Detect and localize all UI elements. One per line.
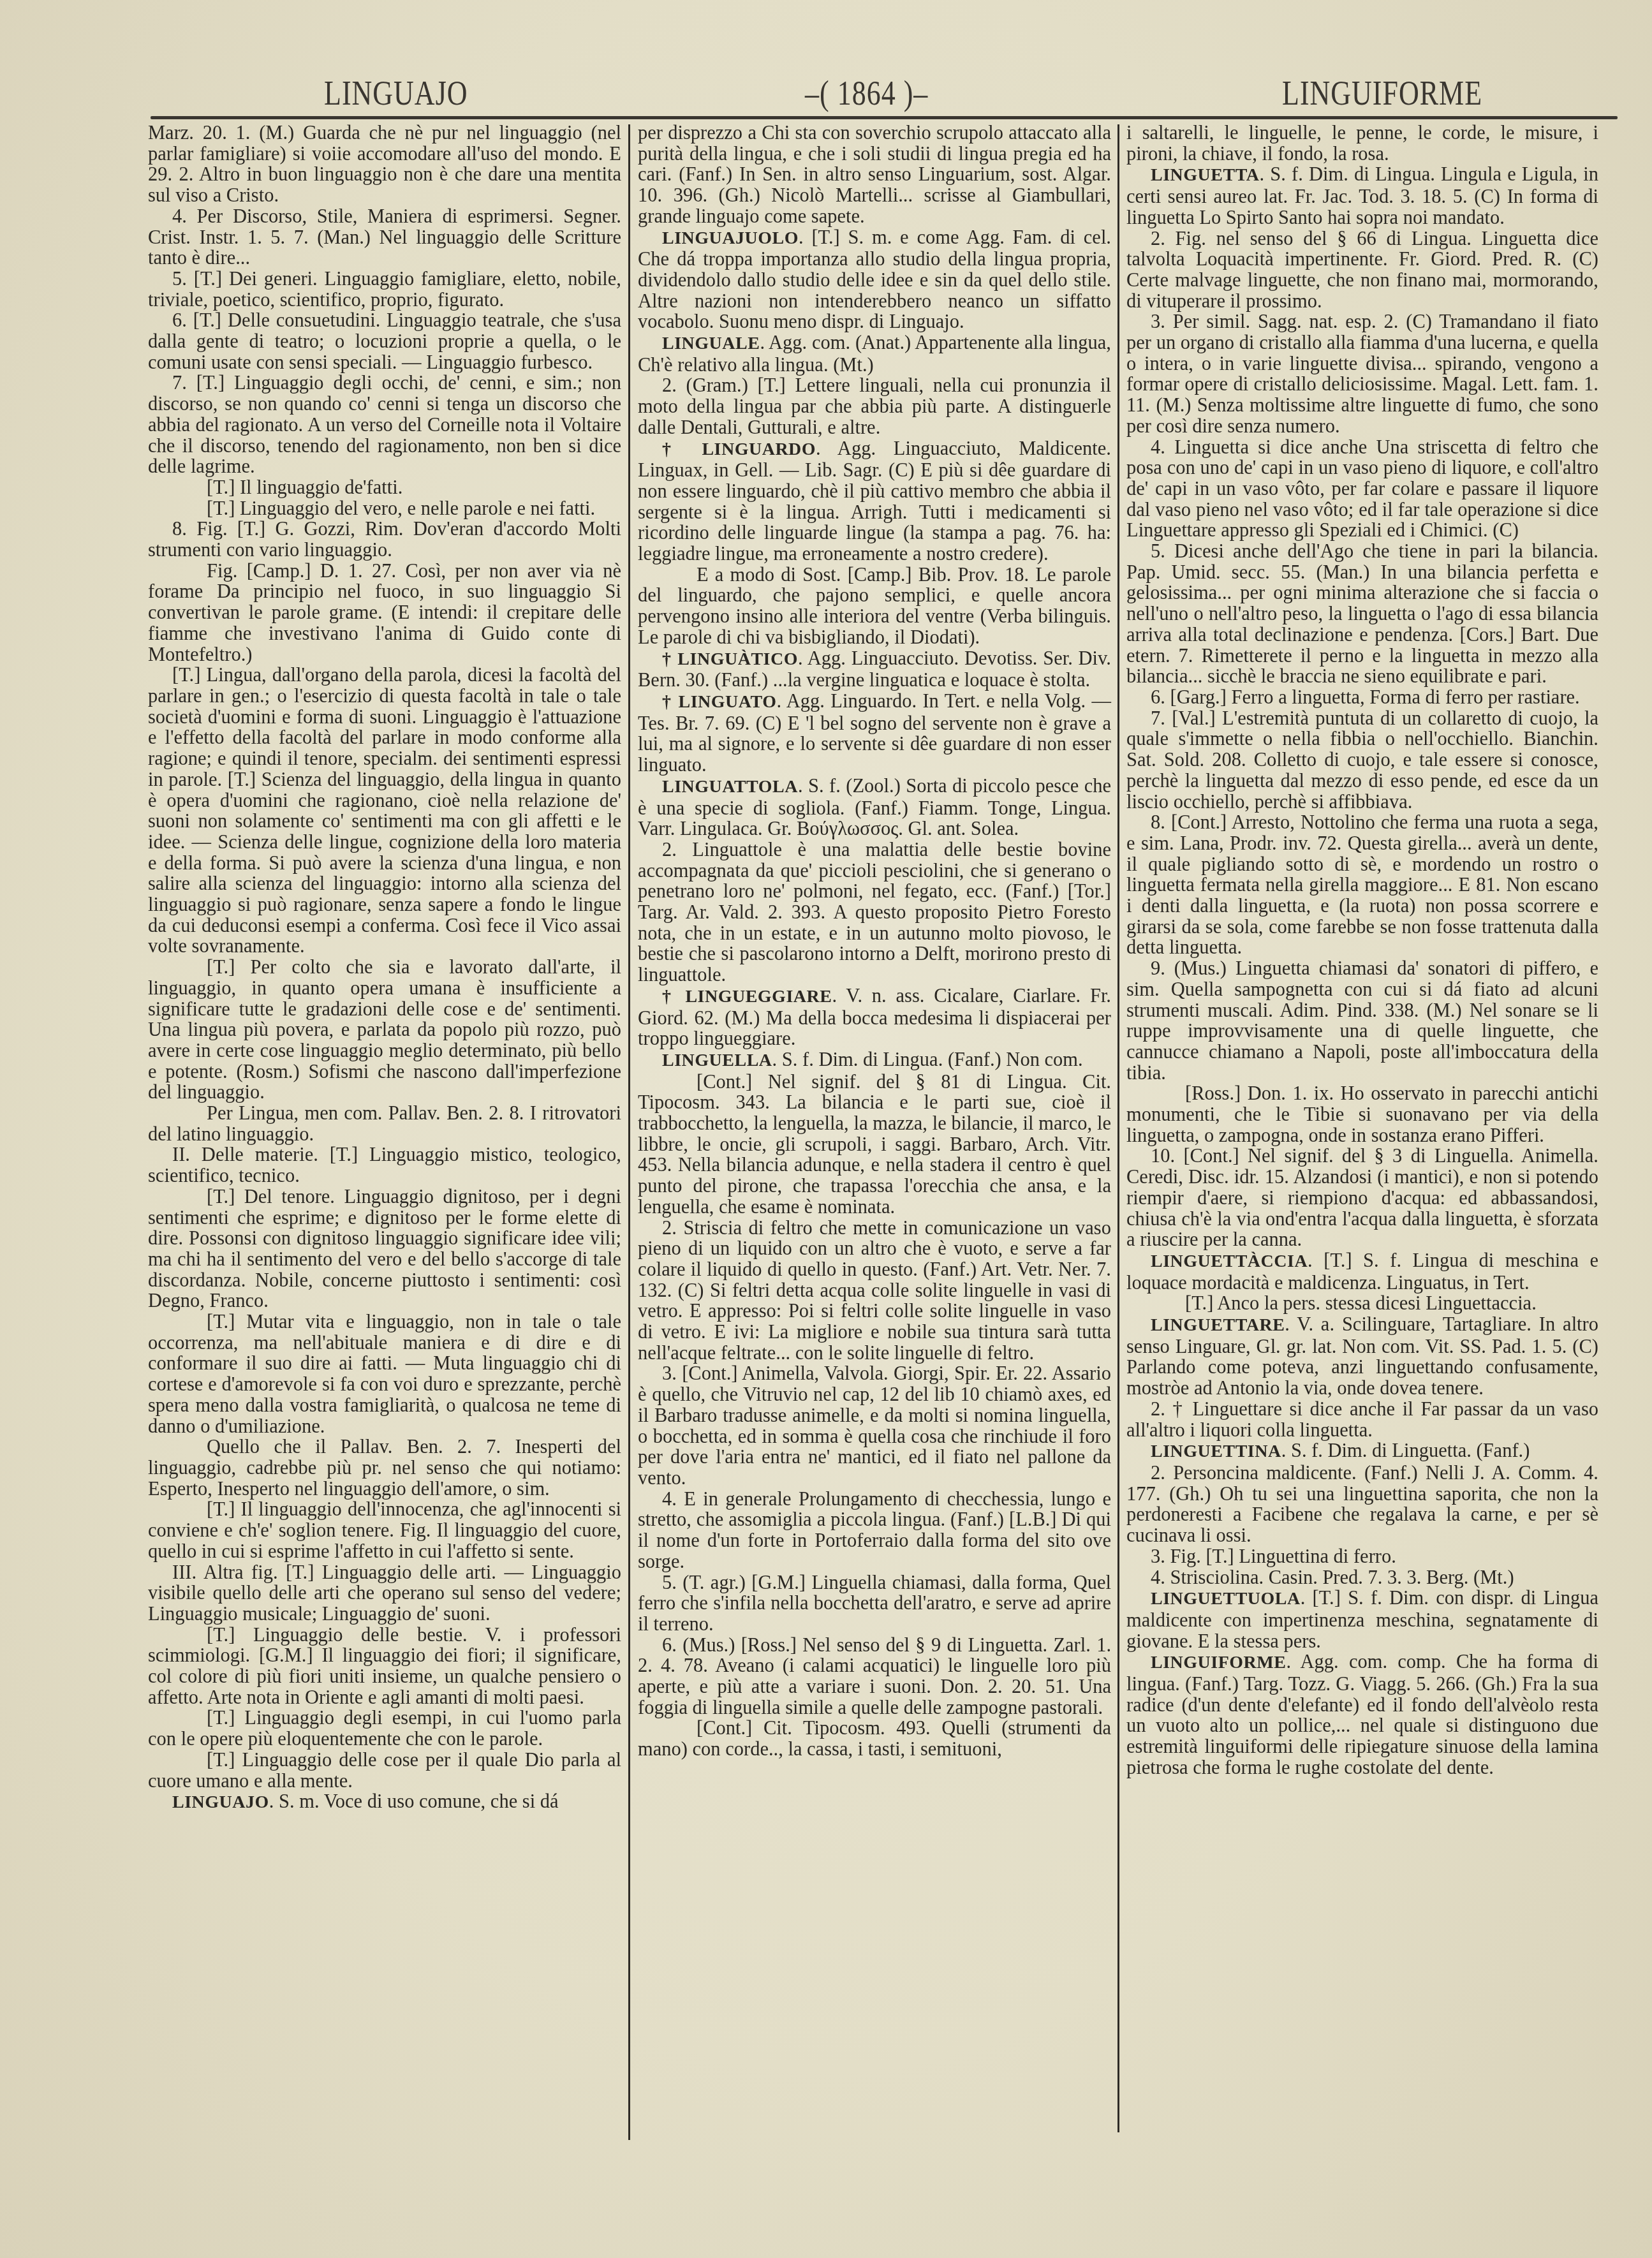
- entry-text: 8. Fig. [T.] G. Gozzi, Rim. Dov'eran d'a…: [148, 518, 621, 561]
- entry-text: 5. [T.] Dei generi. Linguaggio famigliar…: [148, 268, 621, 311]
- entry-headword: LINGUETTÀCCIA: [1151, 1251, 1308, 1271]
- entry-text: II. Delle materie. [T.] Linguaggio misti…: [148, 1144, 621, 1186]
- entry-text: 7. [T.] Linguaggio degli occhi, de' cenn…: [148, 372, 621, 477]
- entry-paragraph: 4. E in generale Prolungamento di checch…: [638, 1489, 1111, 1572]
- entry-text: 2. Personcina maldicente. (Fanf.) Nelli …: [1126, 1462, 1598, 1546]
- entry-paragraph: [T.] Anco la pers. stessa dicesi Linguet…: [1126, 1293, 1598, 1314]
- dictionary-page: LINGUAJO –( 1864 )– LINGUIFORME Marz. 20…: [0, 0, 1652, 2258]
- entry-paragraph: E a modo di Sost. [Camp.] Bib. Prov. 18.…: [638, 564, 1111, 648]
- dictionary-entry: LINGUETTINA. S. f. Dim. di Linguetta. (F…: [1126, 1440, 1598, 1463]
- entry-headword: LINGUATTOLA: [662, 777, 798, 797]
- entry-text: Quello che il Pallav. Ben. 2. 7. Inesper…: [148, 1436, 621, 1499]
- entry-paragraph: 4. Linguetta si dice anche Una striscett…: [1126, 437, 1598, 542]
- dictionary-entry: † LINGUARDO. Agg. Linguacciuto, Maldicen…: [638, 438, 1111, 564]
- entry-text: . S. f. Dim. di Linguetta. (Fanf.): [1281, 1440, 1530, 1461]
- dictionary-entry: † LINGUATO. Agg. Linguardo. In Tert. e n…: [638, 691, 1111, 776]
- entry-paragraph: 10. [Cont.] Nel signif. del § 3 di Lingu…: [1126, 1146, 1598, 1250]
- entry-text: 3. Fig. [T.] Linguettina di ferro.: [1151, 1546, 1396, 1567]
- entry-text: 6. [T.] Delle consuetudini. Linguaggio t…: [148, 309, 621, 373]
- entry-paragraph: Quello che il Pallav. Ben. 2. 7. Inesper…: [148, 1436, 621, 1499]
- entry-paragraph: Fig. [Camp.] D. 1. 27. Così, per non ave…: [148, 561, 621, 665]
- entry-text: [T.] Linguaggio delle cose per il quale …: [148, 1749, 621, 1792]
- entry-paragraph: [T.] Linguaggio delle cose per il quale …: [148, 1750, 621, 1791]
- entry-headword: LINGUETTA: [1151, 165, 1259, 185]
- dictionary-entry: LINGUETTARE. V. a. Scilinguare, Tartagli…: [1126, 1314, 1598, 1399]
- entry-text: 2. Fig. nel senso del § 66 di Lingua. Li…: [1126, 228, 1598, 312]
- entry-headword: LINGUIFORME: [1151, 1653, 1286, 1672]
- entry-paragraph: 3. [Cont.] Animella, Valvola. Giorgi, Sp…: [638, 1363, 1111, 1488]
- entry-paragraph: 5. Dicesi anche dell'Ago che tiene in pa…: [1126, 541, 1598, 687]
- entry-paragraph: [T.] Linguaggio degli esempi, in cui l'u…: [148, 1708, 621, 1749]
- entry-paragraph: [T.] Del tenore. Linguaggio dignitoso, p…: [148, 1186, 621, 1311]
- entry-paragraph: 8. Fig. [T.] G. Gozzi, Rim. Dov'eran d'a…: [148, 519, 621, 560]
- entry-text: 3. Per simil. Sagg. nat. esp. 2. (C) Tra…: [1126, 311, 1598, 437]
- entry-text: [T.] Lingua, dall'organo della parola, d…: [148, 664, 621, 957]
- dictionary-entry: LINGUATTOLA. S. f. (Zool.) Sorta di picc…: [638, 776, 1111, 839]
- entry-text: 5. (T. agr.) [G.M.] Linguella chiamasi, …: [638, 1572, 1111, 1635]
- entry-text: 4. Linguetta si dice anche Una striscett…: [1126, 436, 1598, 542]
- dictionary-entry: LINGUETTÀCCIA. [T.] S. f. Lingua di mesc…: [1126, 1250, 1598, 1293]
- entry-paragraph: 2. Personcina maldicente. (Fanf.) Nelli …: [1126, 1463, 1598, 1546]
- column-divider-1: [628, 124, 630, 2140]
- entry-text: 4. E in generale Prolungamento di checch…: [638, 1488, 1111, 1572]
- entry-paragraph: [Ross.] Don. 1. ix. Ho osservato in pare…: [1126, 1083, 1598, 1146]
- text-column-3: i saltarelli, le linguelle, le penne, le…: [1126, 122, 1598, 1778]
- entry-text: III. Altra fig. [T.] Linguaggio delle ar…: [148, 1561, 621, 1625]
- entry-headword: LINGUELLA: [662, 1051, 772, 1070]
- entry-headword: LINGUETTINA: [1151, 1442, 1281, 1461]
- running-head: LINGUAJO –( 1864 )– LINGUIFORME: [0, 69, 1652, 114]
- entry-text: i saltarelli, le linguelle, le penne, le…: [1126, 122, 1598, 165]
- entry-paragraph: 3. Fig. [T.] Linguettina di ferro.: [1126, 1546, 1598, 1567]
- entry-text: [T.] Il linguaggio dell'innocenza, che a…: [148, 1498, 621, 1561]
- entry-paragraph: 5. [T.] Dei generi. Linguaggio famigliar…: [148, 269, 621, 310]
- entry-headword: LINGUAJO: [172, 1792, 269, 1812]
- entry-paragraph: [T.] Il linguaggio dell'innocenza, che a…: [148, 1499, 621, 1561]
- entry-headword: † LINGUÀTICO: [662, 649, 798, 669]
- entry-text: [T.] Il linguaggio de'fatti.: [207, 476, 402, 498]
- entry-paragraph: 6. [Garg.] Ferro a linguetta, Forma di f…: [1126, 687, 1598, 708]
- entry-text: 5. Dicesi anche dell'Ago che tiene in pa…: [1126, 540, 1598, 687]
- entry-paragraph: [T.] Lingua, dall'organo della parola, d…: [148, 665, 621, 957]
- entry-paragraph: per disprezzo a Chi sta con soverchio sc…: [638, 122, 1111, 227]
- text-column-2: per disprezzo a Chi sta con soverchio sc…: [638, 122, 1111, 1760]
- dictionary-entry: LINGUALE. Agg. com. (Anat.) Appartenente…: [638, 332, 1111, 375]
- entry-text: [T.] Anco la pers. stessa dicesi Linguet…: [1185, 1292, 1537, 1314]
- entry-paragraph: Marz. 20. 1. (M.) Guarda che nè pur nel …: [148, 122, 621, 206]
- entry-text: 2. Linguattole è una malattia delle best…: [638, 839, 1111, 985]
- entry-paragraph: [T.] Per colto che sia e lavorato dall'a…: [148, 957, 621, 1103]
- entry-headword: LINGUETTUOLA: [1151, 1589, 1301, 1609]
- entry-text: 7. [Val.] L'estremità puntuta di un coll…: [1126, 707, 1598, 813]
- entry-text: 4. Per Discorso, Stile, Maniera di espri…: [148, 205, 621, 269]
- entry-text: E a modo di Sost. [Camp.] Bib. Prov. 18.…: [638, 564, 1111, 648]
- entry-text: [Cont.] Cit. Tipocosm. 493. Quelli (stru…: [638, 1717, 1111, 1760]
- dictionary-entry: LINGUETTUOLA. [T.] S. f. Dim. con dispr.…: [1126, 1588, 1598, 1651]
- dictionary-entry: † LINGUEGGIARE. V. n. ass. Cicalare, Cia…: [638, 985, 1111, 1049]
- entry-headword: † LINGUARDO: [662, 439, 816, 459]
- entry-paragraph: [Cont.] Nel signif. del § 81 di Lingua. …: [638, 1072, 1111, 1218]
- header-rule: [151, 116, 1618, 119]
- dictionary-entry: LINGUAJUOLO. [T.] S. m. e come Agg. Fam.…: [638, 227, 1111, 333]
- running-head-left-word: LINGUAJO: [324, 73, 468, 114]
- entry-text: 10. [Cont.] Nel signif. del § 3 di Lingu…: [1126, 1145, 1598, 1250]
- entry-paragraph: 2. (Gram.) [T.] Lettere linguali, nella …: [638, 375, 1111, 438]
- entry-text: 6. (Mus.) [Ross.] Nel senso del § 9 di L…: [638, 1634, 1111, 1718]
- entry-text: 2. Striscia di feltro che mette in comun…: [638, 1217, 1111, 1364]
- entry-paragraph: Per Lingua, men com. Pallav. Ben. 2. 8. …: [148, 1103, 621, 1144]
- entry-text: 4. Strisciolina. Casin. Pred. 7. 3. 3. B…: [1151, 1567, 1514, 1588]
- entry-paragraph: [Cont.] Cit. Tipocosm. 493. Quelli (stru…: [638, 1718, 1111, 1759]
- column-divider-2: [1117, 124, 1119, 2132]
- entry-paragraph: 2. † Linguettare si dice anche il Far pa…: [1126, 1399, 1598, 1440]
- entry-headword: LINGUAJUOLO: [662, 228, 799, 248]
- entry-text: [T.] Linguaggio delle bestie. V. i profe…: [148, 1624, 621, 1708]
- entry-paragraph: [T.] Mutar vita e linguaggio, non in tal…: [148, 1311, 621, 1436]
- entry-text: . S. m. Voce di uso comune, che si dá: [269, 1790, 559, 1812]
- entry-headword: † LINGUATO: [662, 692, 776, 712]
- entry-headword: LINGUALE: [662, 334, 760, 353]
- entry-text: [T.] Per colto che sia e lavorato dall'a…: [148, 956, 621, 1103]
- entry-paragraph: 7. [T.] Linguaggio degli occhi, de' cenn…: [148, 373, 621, 477]
- dictionary-entry: LINGUETTA. S. f. Dim. di Lingua. Lingula…: [1126, 164, 1598, 228]
- entry-text: 8. [Cont.] Arresto, Nottolino che ferma …: [1126, 811, 1598, 958]
- entry-paragraph: i saltarelli, le linguelle, le penne, le…: [1126, 122, 1598, 164]
- entry-paragraph: 9. (Mus.) Linguetta chiamasi da' sonator…: [1126, 958, 1598, 1083]
- entry-paragraph: [T.] Linguaggio delle bestie. V. i profe…: [148, 1625, 621, 1708]
- entry-text: 3. [Cont.] Animella, Valvola. Giorgi, Sp…: [638, 1362, 1111, 1489]
- dictionary-entry: LINGUELLA. S. f. Dim. di Lingua. (Fanf.)…: [638, 1049, 1111, 1072]
- entry-paragraph: 4. Per Discorso, Stile, Maniera di espri…: [148, 206, 621, 269]
- entry-paragraph: 2. Striscia di feltro che mette in comun…: [638, 1218, 1111, 1364]
- entry-paragraph: [T.] Il linguaggio de'fatti.: [148, 477, 621, 498]
- dictionary-entry: † LINGUÀTICO. Agg. Linguacciuto. Devotis…: [638, 648, 1111, 691]
- entry-paragraph: 5. (T. agr.) [G.M.] Linguella chiamasi, …: [638, 1572, 1111, 1635]
- entry-headword: LINGUETTARE: [1151, 1315, 1285, 1335]
- entry-text: . S. f. Dim. di Lingua. (Fanf.) Non com.: [772, 1049, 1083, 1070]
- entry-paragraph: 6. (Mus.) [Ross.] Nel senso del § 9 di L…: [638, 1635, 1111, 1718]
- entry-text: 2. (Gram.) [T.] Lettere linguali, nella …: [638, 374, 1111, 438]
- entry-text: Per Lingua, men com. Pallav. Ben. 2. 8. …: [148, 1102, 621, 1145]
- entry-text: 6. [Garg.] Ferro a linguetta, Forma di f…: [1151, 686, 1580, 708]
- entry-text: [T.] Mutar vita e linguaggio, non in tal…: [148, 1311, 621, 1437]
- entry-text: 2. † Linguettare si dice anche il Far pa…: [1126, 1398, 1598, 1441]
- entry-text: Fig. [Camp.] D. 1. 27. Così, per non ave…: [148, 560, 621, 665]
- entry-paragraph: 4. Strisciolina. Casin. Pred. 7. 3. 3. B…: [1126, 1567, 1598, 1588]
- entry-text: 9. (Mus.) Linguetta chiamasi da' sonator…: [1126, 957, 1598, 1084]
- page-number: –( 1864 )–: [805, 73, 928, 114]
- entry-paragraph: 6. [T.] Delle consuetudini. Linguaggio t…: [148, 310, 621, 373]
- entry-text: [T.] Linguaggio degli esempi, in cui l'u…: [148, 1707, 621, 1750]
- entry-paragraph: 7. [Val.] L'estremità puntuta di un coll…: [1126, 708, 1598, 813]
- entry-paragraph: II. Delle materie. [T.] Linguaggio misti…: [148, 1144, 621, 1186]
- entry-paragraph: 2. Fig. nel senso del § 66 di Lingua. Li…: [1126, 228, 1598, 312]
- entry-text: Marz. 20. 1. (M.) Guarda che nè pur nel …: [148, 122, 621, 206]
- entry-text: [T.] Del tenore. Linguaggio dignitoso, p…: [148, 1186, 621, 1312]
- entry-headword: † LINGUEGGIARE: [662, 987, 832, 1007]
- dictionary-entry: LINGUIFORME. Agg. com. comp. Che ha form…: [1126, 1651, 1598, 1778]
- entry-paragraph: 3. Per simil. Sagg. nat. esp. 2. (C) Tra…: [1126, 311, 1598, 436]
- entry-text: [T.] Linguaggio del vero, e nelle parole…: [207, 498, 595, 519]
- entry-paragraph: 2. Linguattole è una malattia delle best…: [638, 839, 1111, 985]
- running-head-right-word: LINGUIFORME: [1282, 73, 1482, 114]
- entry-text: per disprezzo a Chi sta con soverchio sc…: [638, 122, 1111, 227]
- entry-text: [Cont.] Nel signif. del § 81 di Lingua. …: [638, 1071, 1111, 1218]
- entry-paragraph: 8. [Cont.] Arresto, Nottolino che ferma …: [1126, 812, 1598, 958]
- dictionary-entry: LINGUAJO. S. m. Voce di uso comune, che …: [148, 1791, 621, 1813]
- entry-paragraph: III. Altra fig. [T.] Linguaggio delle ar…: [148, 1562, 621, 1625]
- entry-text: [Ross.] Don. 1. ix. Ho osservato in pare…: [1126, 1082, 1598, 1146]
- text-column-1: Marz. 20. 1. (M.) Guarda che nè pur nel …: [148, 122, 621, 1813]
- entry-paragraph: [T.] Linguaggio del vero, e nelle parole…: [148, 498, 621, 519]
